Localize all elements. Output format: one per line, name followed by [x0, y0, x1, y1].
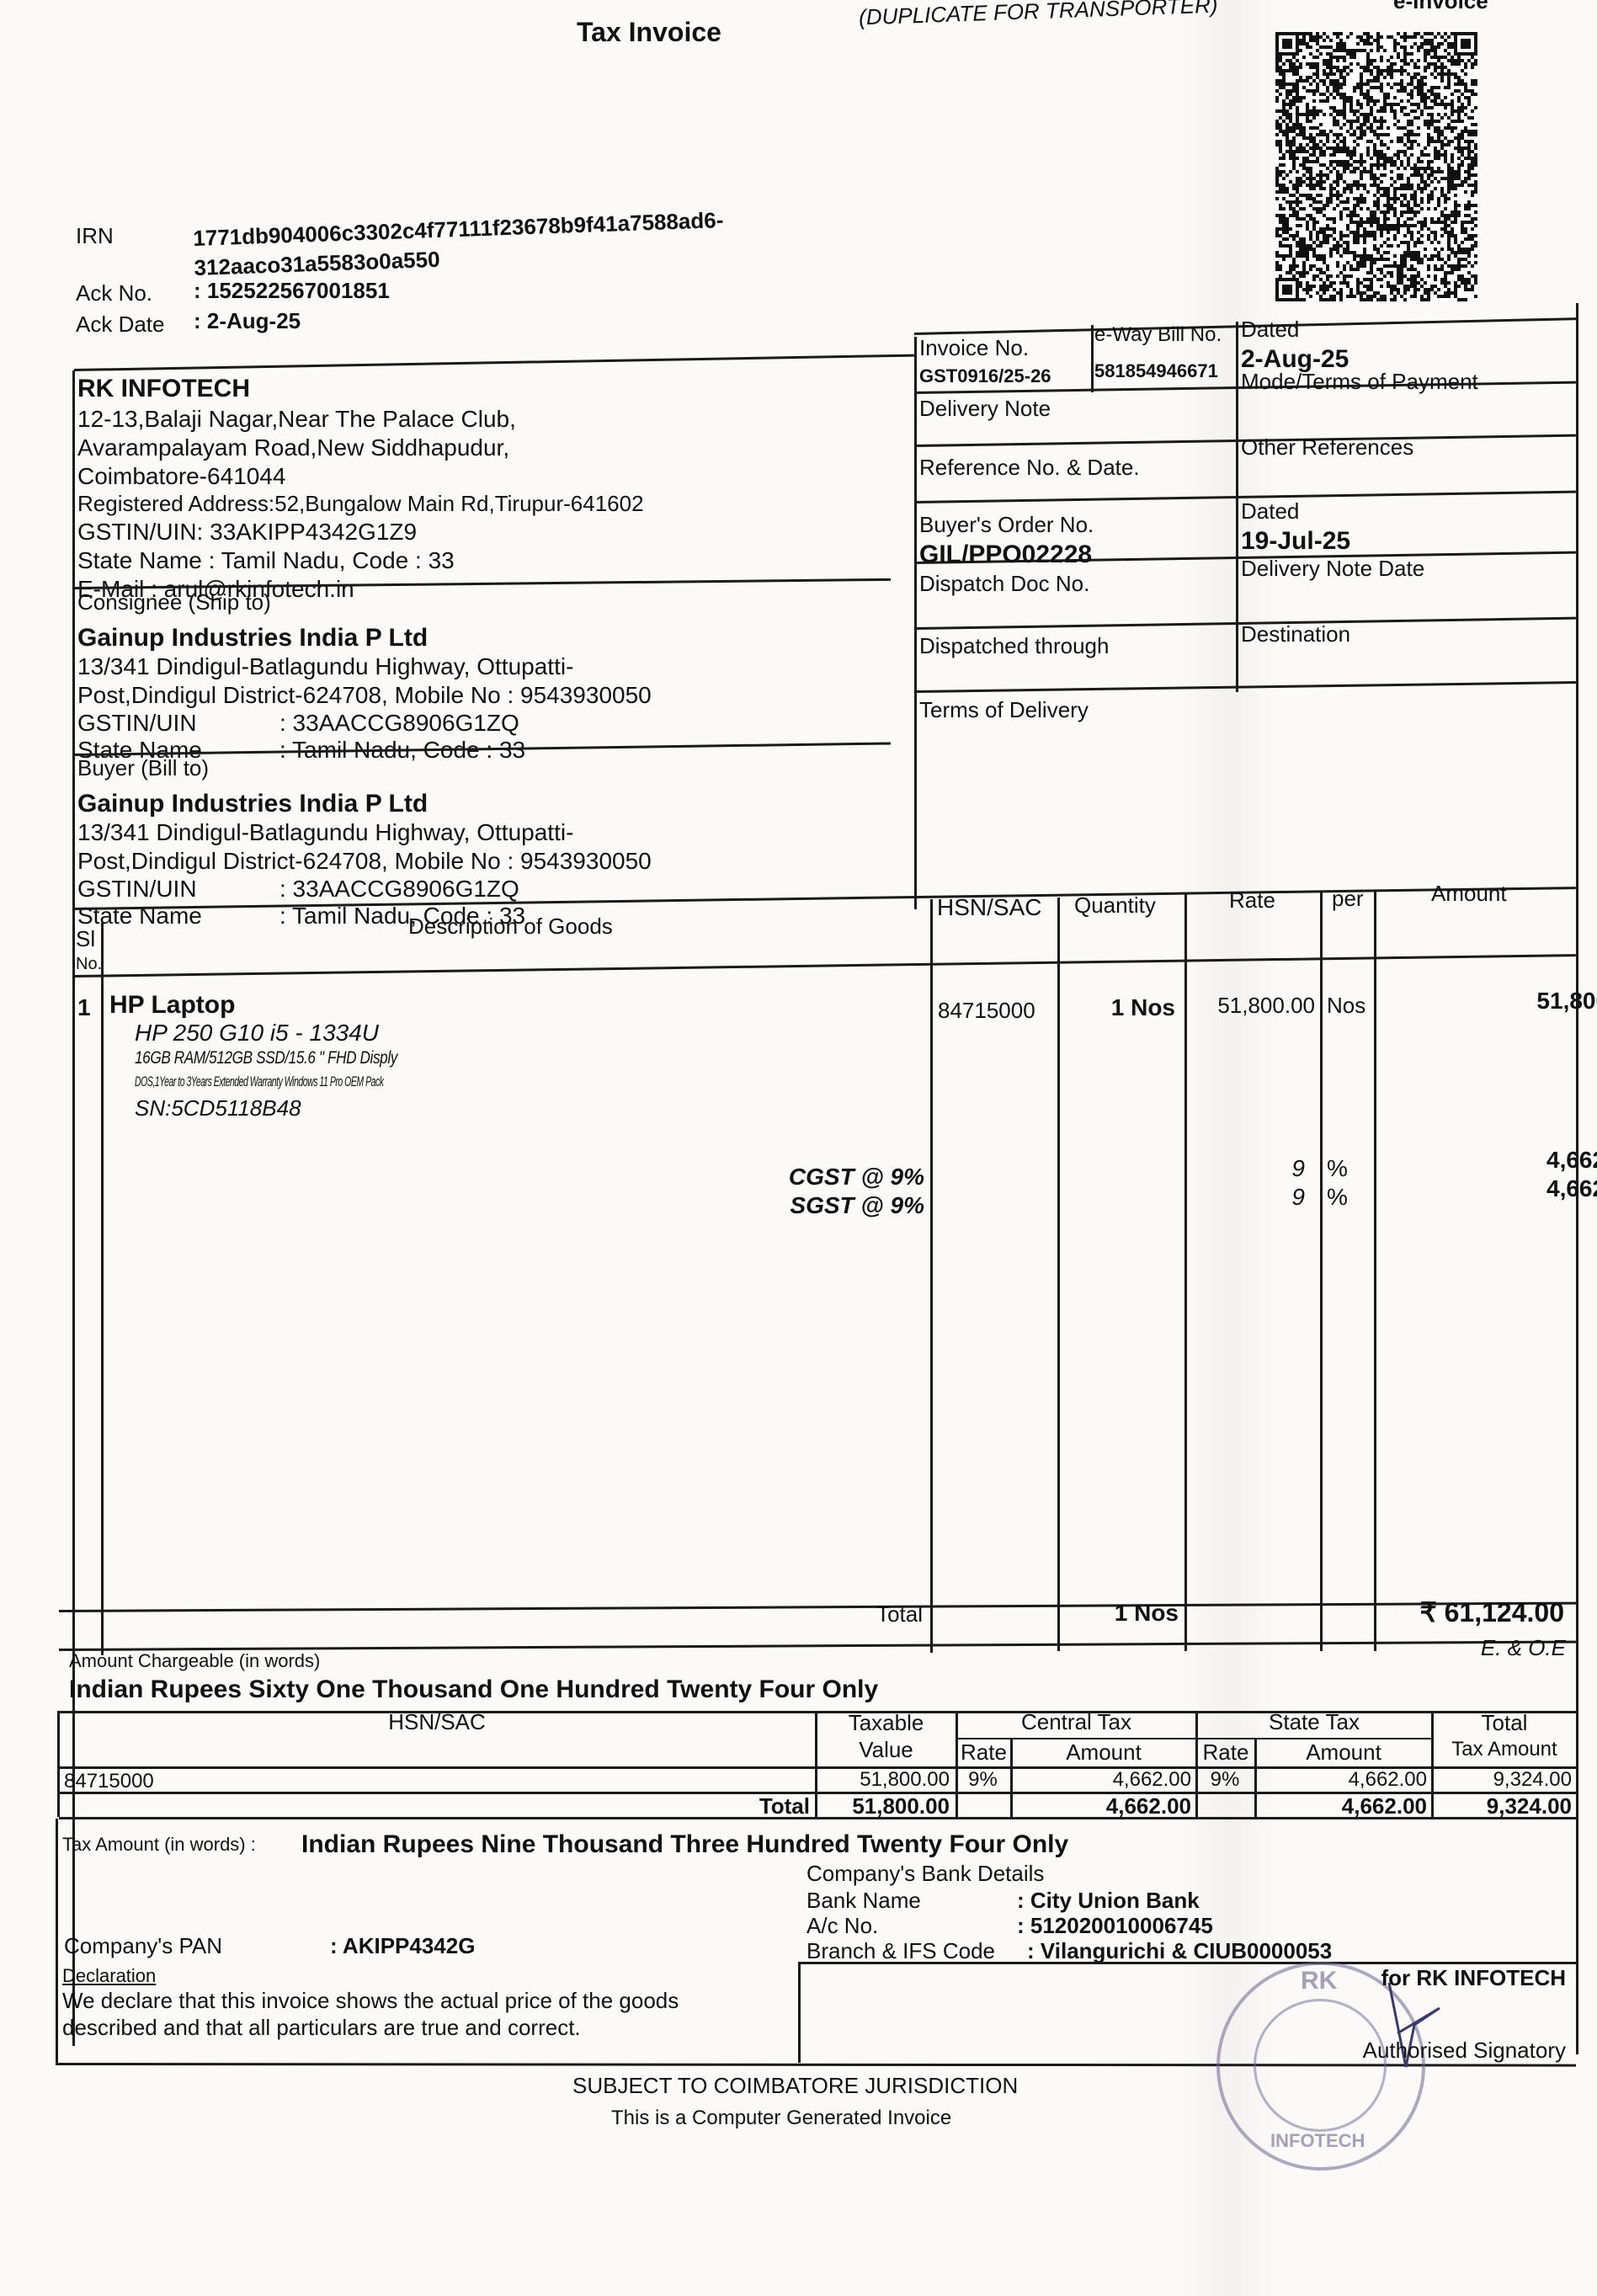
bank-name: : City Union Bank — [1017, 1888, 1200, 1914]
order-dated-label: Dated — [1241, 498, 1299, 525]
meta-divider — [914, 337, 917, 909]
ts-total-header: Total Tax Amount — [1433, 1709, 1576, 1763]
ts-row-samount: 4,662.00 — [1254, 1768, 1427, 1792]
ts-central-rate-header: Rate — [957, 1739, 1010, 1766]
eway-no: 581854946671 — [1094, 360, 1218, 382]
irn-label: IRN — [76, 223, 114, 249]
ts-hsn-header: HSN/SAC — [59, 1709, 815, 1735]
ts-central-header: Central Tax — [957, 1709, 1195, 1735]
meta-center-divider — [1236, 322, 1238, 692]
ts-total-taxable: 51,800.00 — [815, 1793, 950, 1819]
buyer-name: Gainup Industries India P Ltd — [77, 790, 911, 818]
items-total-amount: ₹ 61,124.00 — [1377, 1596, 1564, 1628]
dated-label: Dated — [1241, 317, 1299, 343]
seller-state: State Name : Tamil Nadu, Code : 33 — [77, 547, 911, 574]
qr-code-icon — [1275, 32, 1477, 301]
ts-total-camount: 4,662.00 — [1010, 1793, 1191, 1819]
item-per: Nos — [1327, 993, 1365, 1019]
computer-generated-note: This is a Computer Generated Invoice — [611, 2107, 951, 2130]
bank-branch-label: Branch & IFS Code — [806, 1938, 995, 1964]
ts-total-tax: 9,324.00 — [1431, 1793, 1572, 1819]
pan-value: : AKIPP4342G — [330, 1933, 475, 1959]
ts-row-hsn: 84715000 — [64, 1770, 154, 1793]
quantity-header: Quantity — [1074, 892, 1156, 919]
ts-central-amount-header: Amount — [1012, 1739, 1195, 1766]
buyer-address: 13/341 Dindigul-Batlagundu Highway, Ottu… — [77, 818, 911, 876]
tax-words-value: Indian Rupees Nine Thousand Three Hundre… — [301, 1830, 1068, 1859]
cgst-amount: 4,662.00 — [1377, 1147, 1597, 1174]
ts-row-camount: 4,662.00 — [1010, 1768, 1191, 1792]
ts-total-label: Total — [648, 1793, 810, 1819]
sgst-rate: 9 — [1253, 1184, 1305, 1211]
pan-label: Company's PAN — [64, 1933, 222, 1959]
dispatched-through-label: Dispatched through — [919, 633, 1109, 659]
buyer-gstin: : 33AACCG8906G1ZQ — [279, 876, 519, 903]
amount-words-value: Indian Rupees Sixty One Thousand One Hun… — [69, 1675, 878, 1704]
consignee-name: Gainup Industries India P Ltd — [77, 624, 911, 653]
items-total-quantity: 1 Nos — [1061, 1600, 1179, 1627]
items-total-label: Total — [758, 1601, 923, 1627]
cgst-rate: 9 — [1253, 1155, 1305, 1182]
invoice-no: GST0916/25-26 — [919, 365, 1051, 387]
bank-name-label: Bank Name — [806, 1888, 921, 1914]
bank-title: Company's Bank Details — [806, 1861, 1044, 1887]
ts-left-border — [57, 1711, 60, 1817]
description-header: Description of Goods — [408, 914, 613, 940]
per-header: per — [1332, 886, 1364, 912]
for-company-label: for RK INFOTECH — [1263, 1965, 1566, 1991]
buyer-order-no: GIL/PPO02228 — [919, 541, 1092, 569]
frame-left-bottom — [56, 1819, 58, 2064]
ack-date-value: : 2-Aug-25 — [194, 308, 301, 334]
dispatch-doc-label: Dispatch Doc No. — [919, 571, 1089, 597]
item-extra: DOS,1Year to 3Years Extended Warranty Wi… — [135, 1073, 384, 1090]
bank-acc-label: A/c No. — [806, 1913, 878, 1939]
ts-total-samount: 4,662.00 — [1254, 1793, 1427, 1819]
signature-box-left — [798, 1962, 801, 2063]
item-name: HP Laptop — [109, 991, 235, 1020]
ts-row-crate: 9% — [956, 1768, 1010, 1792]
payment-terms-label: Mode/Terms of Payment — [1241, 369, 1478, 395]
buyer-order-label: Buyer's Order No. — [919, 512, 1094, 538]
cgst-per: % — [1327, 1155, 1348, 1182]
declaration-text: We declare that this invoice shows the a… — [62, 1987, 679, 2041]
delivery-note-date-label: Delivery Note Date — [1241, 556, 1424, 582]
ack-no-value: : 152522567001851 — [194, 278, 390, 304]
consignee-address: 13/341 Dindigul-Batlagundu Highway, Ottu… — [77, 653, 911, 710]
order-dated: 19-Jul-25 — [1241, 527, 1350, 556]
consignee-section-label: Consignee (Ship to) — [77, 589, 911, 615]
jurisdiction-note: SUBJECT TO COIMBATORE JURISDICTION — [572, 2073, 1018, 2099]
eway-divider — [1091, 325, 1094, 392]
sgst-per: % — [1327, 1184, 1348, 1211]
item-hsn: 84715000 — [938, 998, 1035, 1024]
ts-state-amount-header: Amount — [1256, 1739, 1431, 1766]
ack-no-label: Ack No. — [76, 280, 152, 306]
seller-registered-address: Registered Address:52,Bungalow Main Rd,T… — [77, 491, 911, 517]
item-quantity: 1 Nos — [1061, 994, 1175, 1021]
destination-label: Destination — [1241, 621, 1350, 647]
bank-branch: : Vilangurichi & CIUB0000053 — [1027, 1938, 1332, 1964]
authorised-signatory-label: Authorised Signatory — [1263, 2038, 1566, 2064]
page-title: Tax Invoice — [577, 17, 721, 48]
declaration-title: Declaration — [62, 1965, 156, 1987]
consignee-gstin: : 33AACCG8906G1ZQ — [279, 710, 519, 737]
einvoice-label: e-Invoice — [1393, 0, 1488, 14]
bank-acc-no: : 512020010006745 — [1017, 1913, 1213, 1939]
eway-label: e-Way Bill No. — [1094, 323, 1222, 347]
seller-gstin: GSTIN/UIN: 33AKIPP4342G1Z9 — [77, 519, 911, 546]
item-serial: SN:5CD5118B48 — [135, 1095, 301, 1121]
signature-box-top — [800, 1962, 1576, 1964]
seller-block: RK INFOTECH 12-13,Balaji Nagar,Near The … — [77, 375, 911, 603]
hsn-header: HSN/SAC — [937, 894, 1041, 921]
ts-total-row: Total 51,800.00 4,662.00 4,662.00 9,324.… — [59, 1793, 1576, 1817]
ts-state-rate-header: Rate — [1197, 1739, 1254, 1766]
item-sl: 1 — [77, 994, 91, 1021]
consignee-block: Consignee (Ship to) Gainup Industries In… — [77, 589, 911, 764]
amount-words-label: Amount Chargeable (in words) — [69, 1650, 320, 1672]
ts-row-total: 9,324.00 — [1431, 1768, 1572, 1792]
ack-date-label: Ack Date — [76, 312, 165, 338]
terms-of-delivery-label: Terms of Delivery — [919, 697, 1089, 723]
reference-label: Reference No. & Date. — [919, 455, 1140, 481]
cgst-label: CGST @ 9% — [663, 1164, 924, 1191]
irn-value: 1771db904006c3302c4f77111f23678b9f41a758… — [193, 207, 725, 281]
seller-name: RK INFOTECH — [77, 375, 911, 403]
item-spec: 16GB RAM/512GB SSD/15.6 " FHD Disply — [135, 1048, 397, 1068]
sgst-label: SGST @ 9% — [663, 1192, 924, 1219]
amount-header: Amount — [1431, 881, 1507, 907]
seller-address: 12-13,Balaji Nagar,Near The Palace Club,… — [77, 405, 911, 491]
ts-row-taxable: 51,800.00 — [815, 1768, 950, 1792]
item-model: HP 250 G10 i5 - 1334U — [135, 1020, 379, 1047]
ts-state-header: State Tax — [1197, 1709, 1431, 1735]
table-row: 1 HP Laptop HP 250 G10 i5 - 1334U 16GB R… — [74, 989, 1576, 1124]
ts-taxable-header: Taxable Value — [817, 1709, 956, 1763]
ts-row-srate: 9% — [1195, 1768, 1254, 1792]
frame-top-left — [74, 354, 914, 371]
sl-header: Sl No. — [76, 926, 102, 977]
eoe-label: E. & O.E — [1431, 1635, 1566, 1661]
item-rate: 51,800.00 — [1187, 993, 1315, 1019]
items-header-line — [74, 954, 1576, 978]
consignee-gstin-row: GSTIN/UIN : 33AACCG8906G1ZQ — [77, 710, 911, 737]
sgst-amount: 4,662.00 — [1377, 1175, 1597, 1202]
copy-label: (DUPLICATE FOR TRANSPORTER) — [859, 0, 1218, 30]
table-row: 84715000 51,800.00 9% 4,662.00 9% 4,662.… — [59, 1768, 1576, 1792]
item-amount: 51,800.00 — [1377, 988, 1597, 1015]
tax-words-label: Tax Amount (in words) : — [62, 1834, 256, 1856]
buyer-section-label: Buyer (Bill to) — [77, 755, 911, 781]
rate-header: Rate — [1229, 887, 1275, 914]
delivery-note-label: Delivery Note — [919, 396, 1051, 422]
other-references-label: Other References — [1241, 434, 1413, 461]
invoice-no-label: Invoice No. — [919, 335, 1029, 361]
